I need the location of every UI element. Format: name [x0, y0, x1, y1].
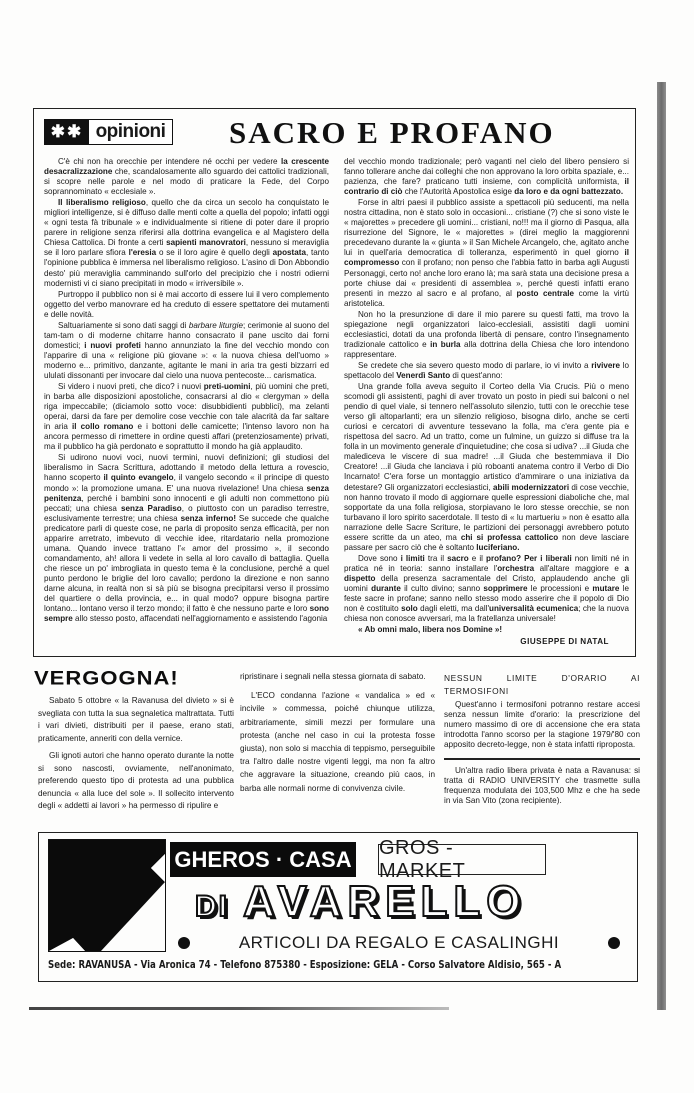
- article-paragraph: Purtroppo il pubblico non si è mai accor…: [44, 290, 329, 320]
- avarello-advert: GHEROS · CASA GROS - MARKET DIAVARELLO A…: [38, 832, 638, 982]
- article-title: SACRO E PROFANO: [229, 115, 555, 151]
- article-paragraph: Forse in altri paesi il pubblico assiste…: [344, 198, 629, 309]
- avarello-name: DIAVARELLO: [195, 877, 526, 927]
- vergogna-headline: VERGOGNA!: [34, 666, 179, 689]
- article-paragraph: Se credete che sia severo questo modo di…: [344, 361, 629, 381]
- bullet-icon: [178, 937, 190, 949]
- page-edge-shadow: [657, 82, 666, 1010]
- termosifoni-body: Quest'anno i termosifoni potranno restar…: [444, 700, 640, 750]
- article-column-right: del vecchio mondo tradizionale; però vag…: [344, 157, 629, 647]
- tagline-row: ARTICOLI DA REGALO E CASALINGHI: [164, 933, 634, 953]
- article-paragraph: Saltuariamente si sono dati saggi di bar…: [44, 321, 329, 381]
- article-paragraph: Dove sono i limiti tra il sacro e il pro…: [344, 554, 629, 624]
- bottom-rule: [29, 1007, 449, 1010]
- gros-market-label: GROS - MARKET: [378, 844, 546, 875]
- vergogna-paragraph: Gli ignoti autori che hanno operato dura…: [38, 750, 234, 813]
- name-prefix: DI: [195, 890, 229, 923]
- article-signature: GIUSEPPE DI NATAL: [344, 637, 629, 647]
- badge-label: opinioni: [89, 120, 172, 144]
- opinion-article: ✱✱ opinioni SACRO E PROFANO C'è chi non …: [33, 108, 636, 657]
- radio-body: Un'altra radio libera privata è nata a R…: [444, 766, 640, 806]
- vergogna-paragraph: L'ECO condanna l'azione « vandalica » ed…: [240, 689, 435, 795]
- article-columns: C'è chi non ha orecchie per intendere né…: [44, 157, 629, 647]
- article-paragraph: Il liberalismo religioso, quello che da …: [44, 198, 329, 288]
- bullet-icon: [608, 937, 620, 949]
- address-line: Sede: RAVANUSA - Via Aronica 74 - Telefo…: [48, 959, 524, 971]
- article-paragraph: C'è chi non ha orecchie per intendere né…: [44, 157, 329, 197]
- opinioni-badge: ✱✱ opinioni: [44, 119, 173, 145]
- vergogna-paragraph: Sabato 5 ottobre « la Ravanusa del divie…: [38, 695, 234, 745]
- tagline: ARTICOLI DA REGALO E CASALINGHI: [239, 933, 559, 953]
- article-paragraph: « Ab omni malo, libera nos Domine »!: [344, 625, 629, 635]
- article-paragraph: Si videro i nuovi preti, che dico? i nuo…: [44, 382, 329, 452]
- gheros-casa-label: GHEROS · CASA: [170, 842, 356, 877]
- geometric-triangles-logo-icon: [48, 839, 166, 952]
- vergogna-paragraph: ripristinare i segnali nella stessa gior…: [240, 670, 435, 683]
- article-paragraph: Si udirono nuovi voci, nuovi termini, nu…: [44, 453, 329, 624]
- article-header: ✱✱ opinioni SACRO E PROFANO: [34, 109, 635, 151]
- vergogna-continuation: ripristinare i segnali nella stessa gior…: [240, 670, 435, 795]
- name-main: AVARELLO: [243, 877, 526, 926]
- article-paragraph: Una grande folla aveva seguito il Corteo…: [344, 382, 629, 553]
- vergogna-body: Sabato 5 ottobre « la Ravanusa del divie…: [38, 695, 234, 813]
- asterisk-pair-icon: ✱✱: [45, 120, 89, 144]
- article-column-left: C'è chi non ha orecchie per intendere né…: [44, 157, 329, 647]
- article-paragraph: Non ho la presunzione di dare il mio par…: [344, 310, 629, 360]
- termosifoni-headline: NESSUN LIMITE D'ORARIO AI TERMOSIFONI: [444, 672, 640, 697]
- article-paragraph: del vecchio mondo tradizionale; però vag…: [344, 157, 629, 197]
- short-news-column: NESSUN LIMITE D'ORARIO AI TERMOSIFONI Qu…: [444, 672, 640, 806]
- section-divider: [444, 758, 640, 760]
- article-column-right-body: del vecchio mondo tradizionale; però vag…: [344, 157, 629, 635]
